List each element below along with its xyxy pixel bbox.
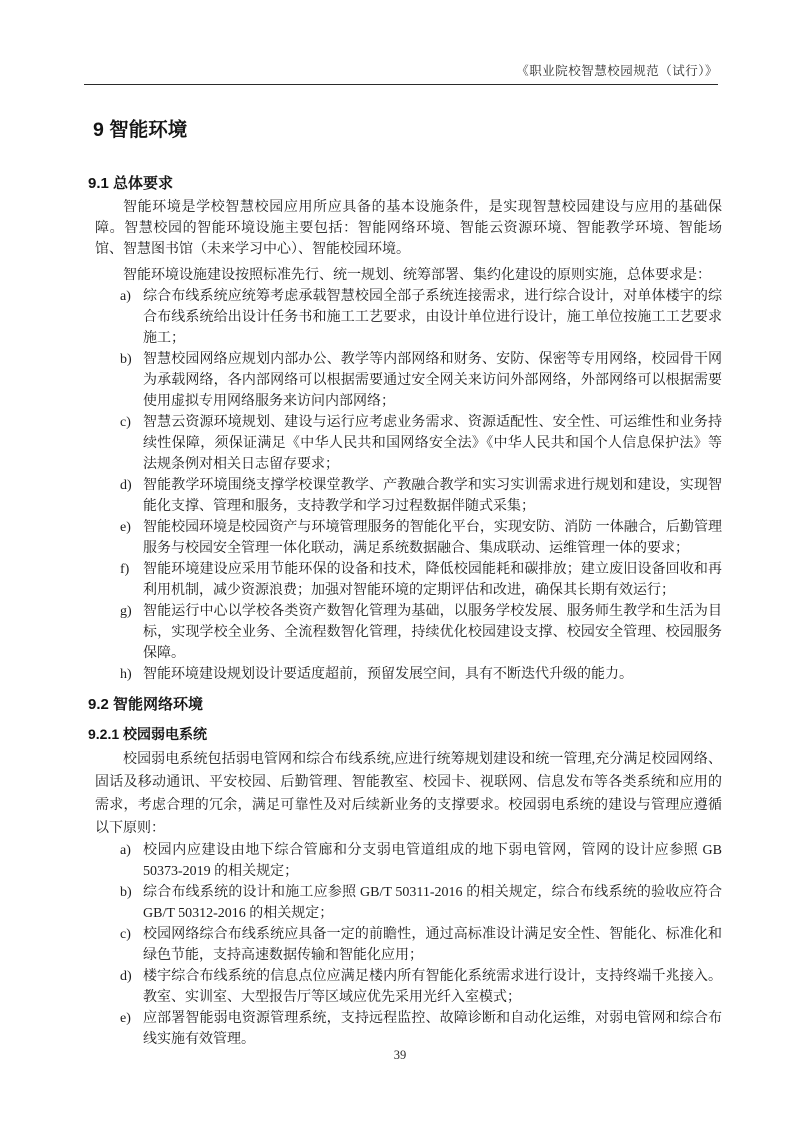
paragraph: 智能环境是学校智慧校园应用所应具备的基本设施条件，是实现智慧校园建设与应用的基础…: [95, 197, 722, 260]
header-divider: [84, 84, 718, 85]
list-item-a: a) 综合布线系统应统筹考虑承载智慧校园全部子系统连接需求，进行综合设计，对单体…: [95, 286, 722, 349]
item-label: b): [120, 882, 132, 903]
item-label: e): [120, 517, 131, 538]
item-text: 智慧云资源环境规划、建设与运行应考虑业务需求、资源适配性、安全性、可运维性和业务…: [143, 415, 722, 472]
item-text: 校园网络综合布线系统应具备一定的前瞻性，通过高标准设计满足安全性、智能化、标准化…: [143, 927, 722, 963]
item-text: 智能教学环境围绕支撑学校课堂教学、产教融合教学和实习实训需求进行规划和建设，实现…: [143, 478, 722, 514]
item-label: c): [120, 412, 131, 433]
item-text: 综合布线系统的设计和施工应参照 GB/T 50311-2016 的相关规定，综合…: [143, 885, 722, 921]
paragraph: 智能环境设施建设按照标准先行、统一规划、统筹部署、集约化建设的原则实施，总体要求…: [95, 265, 722, 286]
list-item-d: d) 智能教学环境围绕支撑学校课堂教学、产教融合教学和实习实训需求进行规划和建设…: [95, 475, 722, 517]
requirements-list-9-1: a) 综合布线系统应统筹考虑承载智慧校园全部子系统连接需求，进行综合设计，对单体…: [95, 286, 722, 685]
item-label: c): [120, 924, 131, 945]
list-item-g: g) 智能运行中心以学校各类资产数智化管理为基础，以服务学校发展、服务师生教学和…: [95, 601, 722, 664]
section-9-2-1-heading: 9.2.1 校园弱电系统: [88, 727, 722, 742]
list-item-e: e) 应部署智能弱电资源管理系统，支持远程监控、故障诊断和自动化运维，对弱电管网…: [95, 1008, 722, 1050]
item-text: 智能环境建设应采用节能环保的设备和技术，降低校园能耗和碳排放；建立废旧设备回收和…: [143, 562, 722, 598]
item-label: b): [120, 349, 132, 370]
list-item-c: c) 校园网络综合布线系统应具备一定的前瞻性，通过高标准设计满足安全性、智能化、…: [95, 924, 722, 966]
item-label: f): [120, 559, 129, 580]
list-item-a: a) 校园内应建设由地下综合管廊和分支弱电管道组成的地下弱电管网，管网的设计应参…: [95, 840, 722, 882]
item-label: a): [120, 840, 131, 861]
requirements-list-9-2-1: a) 校园内应建设由地下综合管廊和分支弱电管道组成的地下弱电管网，管网的设计应参…: [95, 840, 722, 1050]
page-content: 9 智能环境 9.1 总体要求 智能环境是学校智慧校园应用所应具备的基本设施条件…: [95, 118, 722, 1050]
item-text: 楼宇综合布线系统的信息点位应满足楼内所有智能化系统需求进行设计，支持终端千兆接入…: [143, 969, 722, 1005]
page-number: 39: [0, 1048, 800, 1063]
running-header-title: 《职业院校智慧校园规范（试行）》: [516, 64, 718, 78]
paragraph: 校园弱电系统包括弱电管网和综合布线系统,应进行统筹规划建设和统一管理,充分满足校…: [95, 748, 722, 840]
item-label: e): [120, 1008, 131, 1029]
item-label: h): [120, 664, 132, 685]
document-page: 《职业院校智慧校园规范（试行）》 9 智能环境 9.1 总体要求 智能环境是学校…: [0, 0, 800, 1131]
list-item-f: f) 智能环境建设应采用节能环保的设备和技术，降低校园能耗和碳排放；建立废旧设备…: [95, 559, 722, 601]
item-text: 应部署智能弱电资源管理系统，支持远程监控、故障诊断和自动化运维，对弱电管网和综合…: [143, 1011, 722, 1047]
item-label: a): [120, 286, 131, 307]
list-item-b: b) 综合布线系统的设计和施工应参照 GB/T 50311-2016 的相关规定…: [95, 882, 722, 924]
section-9-1-heading: 9.1 总体要求: [88, 176, 722, 192]
item-text: 综合布线系统应统筹考虑承载智慧校园全部子系统连接需求，进行综合设计，对单体楼宇的…: [143, 289, 722, 346]
list-item-c: c) 智慧云资源环境规划、建设与运行应考虑业务需求、资源适配性、安全性、可运维性…: [95, 412, 722, 475]
item-label: g): [120, 601, 132, 622]
list-item-b: b) 智慧校园网络应规划内部办公、教学等内部网络和财务、安防、保密等专用网络，校…: [95, 349, 722, 412]
item-text: 智能校园环境是校园资产与环境管理服务的智能化平台，实现安防、消防 一体融合，后勤…: [143, 520, 722, 556]
item-label: d): [120, 475, 132, 496]
section-9-2-heading: 9.2 智能网络环境: [88, 697, 722, 713]
chapter-heading: 9 智能环境: [93, 118, 722, 142]
item-text: 智能环境建设规划设计要适度超前，预留发展空间，具有不断迭代升级的能力。: [143, 667, 633, 682]
item-text: 智慧校园网络应规划内部办公、教学等内部网络和财务、安防、保密等专用网络，校园骨干…: [143, 352, 722, 409]
list-item-h: h) 智能环境建设规划设计要适度超前，预留发展空间，具有不断迭代升级的能力。: [95, 664, 722, 685]
item-text: 校园内应建设由地下综合管廊和分支弱电管道组成的地下弱电管网，管网的设计应参照 G…: [143, 843, 722, 879]
list-item-d: d) 楼宇综合布线系统的信息点位应满足楼内所有智能化系统需求进行设计，支持终端千…: [95, 966, 722, 1008]
list-item-e: e) 智能校园环境是校园资产与环境管理服务的智能化平台，实现安防、消防 一体融合…: [95, 517, 722, 559]
item-label: d): [120, 966, 132, 987]
item-text: 智能运行中心以学校各类资产数智化管理为基础，以服务学校发展、服务师生教学和生活为…: [143, 604, 722, 661]
running-header: 《职业院校智慧校园规范（试行）》: [516, 61, 718, 79]
